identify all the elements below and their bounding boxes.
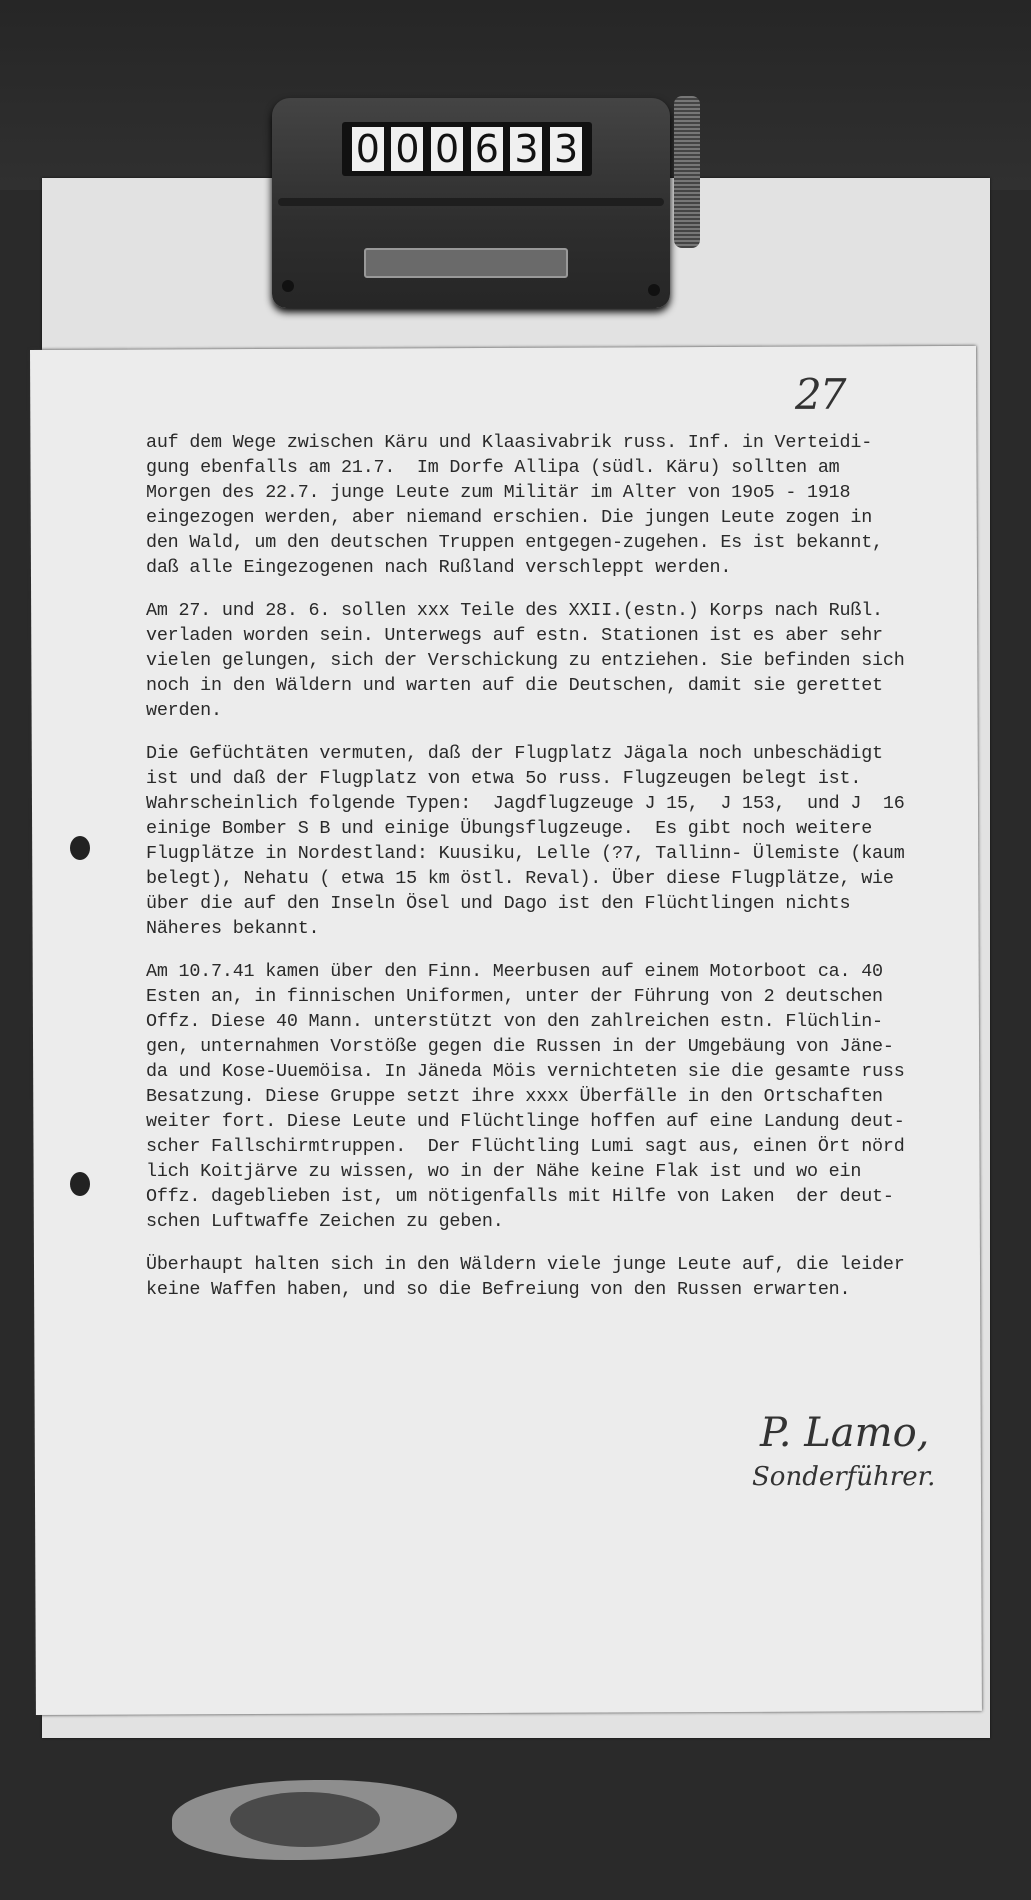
- text-line: Flugplätze in Nordestland: Kuusiku, Lell…: [146, 841, 966, 866]
- counter-digit: 0: [431, 127, 463, 171]
- paragraph: Die Gefüchtäten vermuten, daß der Flugpl…: [146, 741, 966, 941]
- page-number: 27: [795, 370, 844, 419]
- text-line: den Wald, um den deutschen Truppen entge…: [146, 530, 966, 555]
- text-line: scher Fallschirmtruppen. Der Flüchtling …: [146, 1134, 966, 1159]
- counter-digit: 0: [352, 127, 384, 171]
- text-line: gung ebenfalls am 21.7. Im Dorfe Allipa …: [146, 455, 966, 480]
- text-line: Überhaupt halten sich in den Wäldern vie…: [146, 1252, 966, 1277]
- paragraph: auf dem Wege zwischen Käru und Klaasivab…: [146, 430, 966, 580]
- text-line: Näheres bekannt.: [146, 916, 966, 941]
- text-line: Am 10.7.41 kamen über den Finn. Meerbuse…: [146, 959, 966, 984]
- paragraph: Überhaupt halten sich in den Wäldern vie…: [146, 1252, 966, 1302]
- signature-name: P. Lamo,: [760, 1410, 935, 1456]
- punch-hole-icon: [70, 836, 90, 860]
- counter-digit: 3: [510, 127, 542, 171]
- screw-icon: [648, 284, 660, 296]
- text-line: noch in den Wäldern und warten auf die D…: [146, 673, 966, 698]
- paragraph: Am 10.7.41 kamen über den Finn. Meerbuse…: [146, 959, 966, 1234]
- text-line: belegt), Nehatu ( etwa 15 km östl. Reval…: [146, 866, 966, 891]
- text-line: keine Waffen haben, und so die Befreiung…: [146, 1277, 966, 1302]
- signature-block: P. Lamo, Sonderführer.: [760, 1410, 935, 1492]
- counter-display: 0 0 0 6 3 3: [342, 122, 592, 176]
- text-line: Wahrscheinlich folgende Typen: Jagdflugz…: [146, 791, 966, 816]
- text-line: lich Koitjärve zu wissen, wo in der Nähe…: [146, 1159, 966, 1184]
- counter-digit: 6: [471, 127, 503, 171]
- text-line: Offz. dageblieben ist, um nötigenfalls m…: [146, 1184, 966, 1209]
- text-line: verladen worden sein. Unterwegs auf estn…: [146, 623, 966, 648]
- text-line: einige Bomber S B und einige Übungsflugz…: [146, 816, 966, 841]
- text-line: Esten an, in finnischen Uniformen, unter…: [146, 984, 966, 1009]
- text-line: Besatzung. Diese Gruppe setzt ihre xxxx …: [146, 1084, 966, 1109]
- text-line: ist und daß der Flugplatz von etwa 5o ru…: [146, 766, 966, 791]
- paragraph: Am 27. und 28. 6. sollen xxx Teile des X…: [146, 598, 966, 723]
- punch-hole-icon: [70, 1172, 90, 1196]
- counter-knob: [674, 96, 700, 248]
- counter-digit: 0: [391, 127, 423, 171]
- screw-icon: [282, 280, 294, 292]
- text-line: eingezogen werden, aber niemand erschien…: [146, 505, 966, 530]
- film-blot-core: [230, 1792, 380, 1847]
- text-line: Morgen des 22.7. junge Leute zum Militär…: [146, 480, 966, 505]
- text-line: vielen gelungen, sich der Verschickung z…: [146, 648, 966, 673]
- text-line: gen, unternahmen Vorstöße gegen die Russ…: [146, 1034, 966, 1059]
- text-line: schen Luftwaffe Zeichen zu geben.: [146, 1209, 966, 1234]
- counter-label-plate: [364, 248, 568, 278]
- text-line: Offz. Diese 40 Mann. unterstützt von den…: [146, 1009, 966, 1034]
- text-line: über die auf den Inseln Ösel und Dago is…: [146, 891, 966, 916]
- signature-title: Sonderführer.: [752, 1462, 935, 1492]
- text-line: werden.: [146, 698, 966, 723]
- counter-digit: 3: [550, 127, 582, 171]
- text-line: weiter fort. Diese Leute und Flüchtlinge…: [146, 1109, 966, 1134]
- frame-counter-device: 0 0 0 6 3 3: [272, 98, 670, 308]
- counter-ridge: [278, 198, 664, 206]
- text-line: da und Kose-Uuemöisa. In Jäneda Möis ver…: [146, 1059, 966, 1084]
- text-line: daß alle Eingezogenen nach Rußland versc…: [146, 555, 966, 580]
- document-body: auf dem Wege zwischen Käru und Klaasivab…: [146, 430, 966, 1320]
- text-line: Die Gefüchtäten vermuten, daß der Flugpl…: [146, 741, 966, 766]
- text-line: auf dem Wege zwischen Käru und Klaasivab…: [146, 430, 966, 455]
- text-line: Am 27. und 28. 6. sollen xxx Teile des X…: [146, 598, 966, 623]
